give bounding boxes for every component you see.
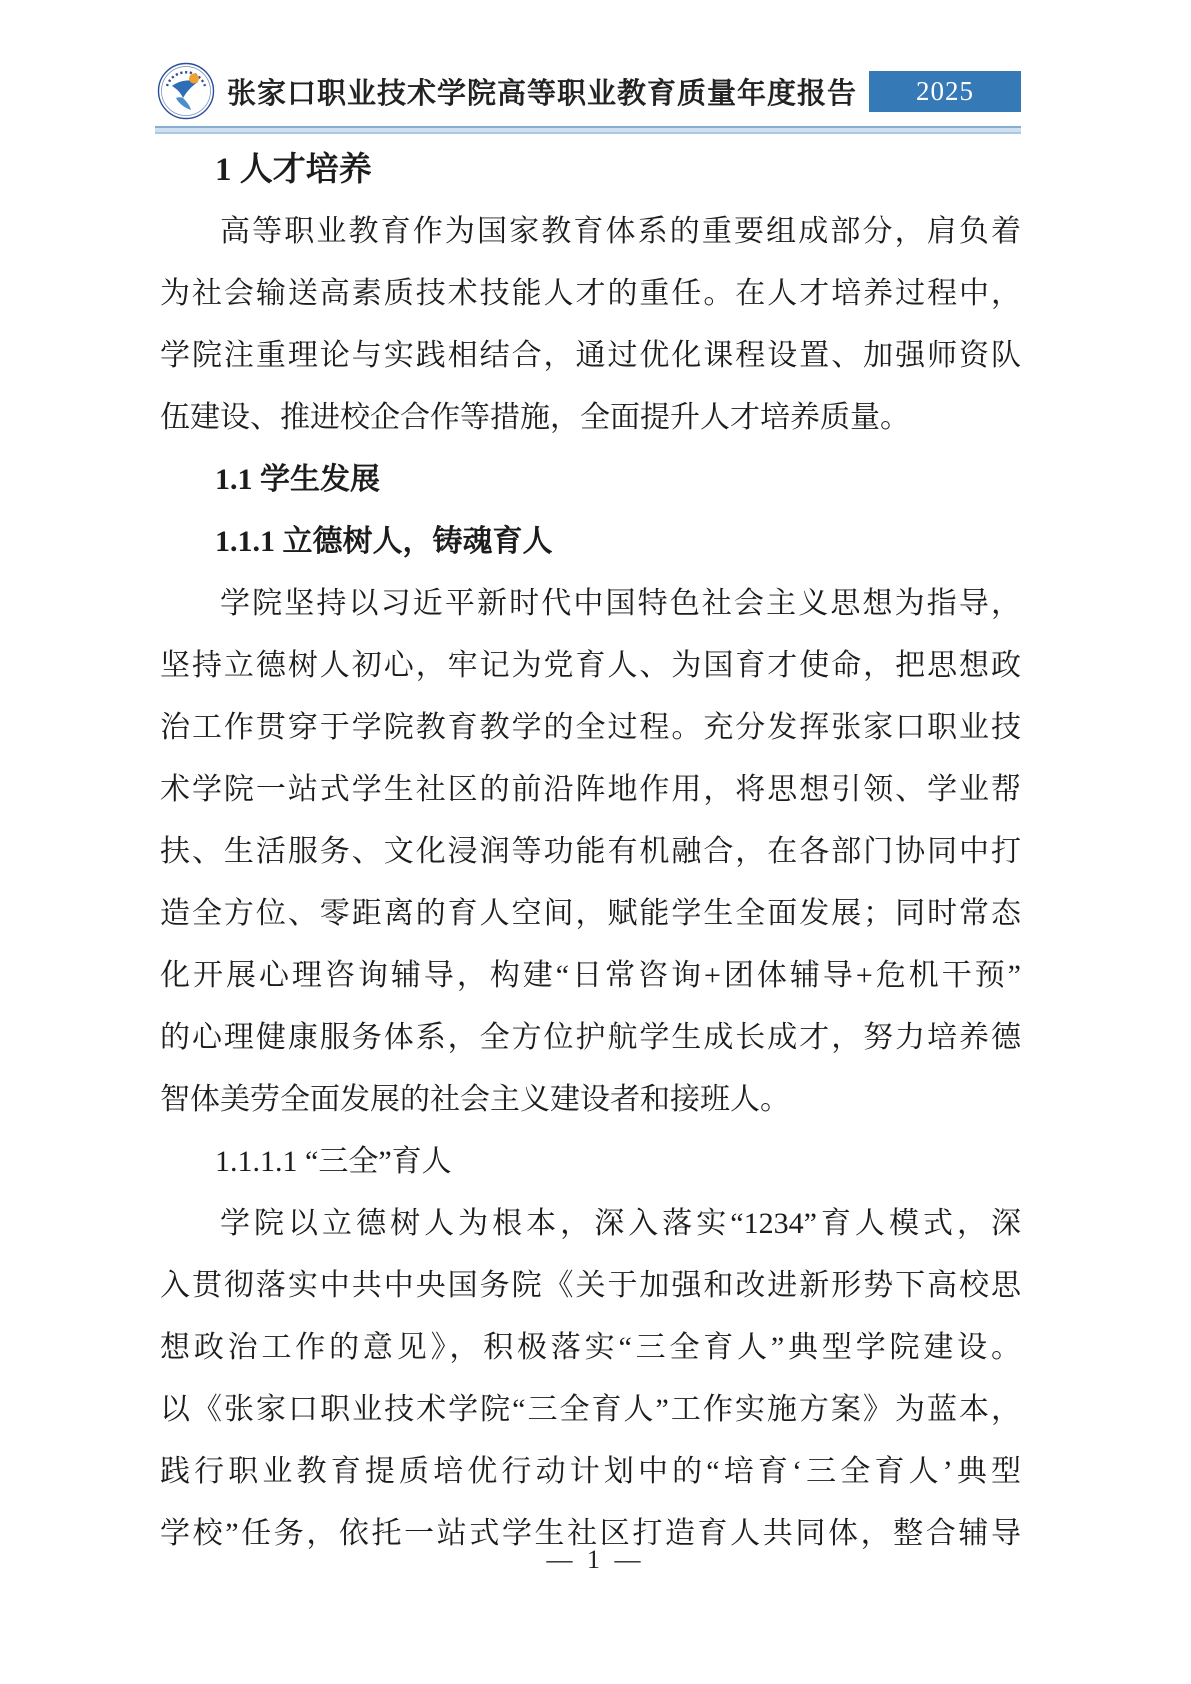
year-badge: 2025 <box>869 71 1021 112</box>
text-line: 学院坚持以习近平新时代中国特色社会主义思想为指导， <box>160 573 1021 635</box>
text-line: 的心理健康服务体系，全方位护航学生成长成才，努力培养德 <box>160 1007 1021 1069</box>
text-line: 以《张家口职业技术学院“三全育人”工作实施方案》为蓝本， <box>160 1379 1021 1441</box>
text-line: 践行职业教育提质培优行动计划中的“培育‘三全育人’典型 <box>160 1441 1021 1503</box>
text-line: 坚持立德树人初心，牢记为党育人、为国育才使命，把思想政 <box>160 635 1021 697</box>
header-divider <box>155 126 1021 134</box>
text-line: 入贯彻落实中共中央国务院《关于加强和改进新形势下高校思 <box>160 1255 1021 1317</box>
text-line: 术学院一站式学生社区的前沿阵地作用，将思想引领、学业帮 <box>160 759 1021 821</box>
text-line: 造全方位、零距离的育人空间，赋能学生全面发展；同时常态 <box>160 883 1021 945</box>
page-header: 张家口职业技术学院高等职业教育质量年度报告 2025 <box>155 62 1021 120</box>
text-line: 伍建设、推进校企合作等措施，全面提升人才培养质量。 <box>160 387 1021 449</box>
college-seal-logo-icon <box>157 62 215 120</box>
section-heading-1: 1 人才培养 <box>160 139 1021 201</box>
document-page: 张家口职业技术学院高等职业教育质量年度报告 2025 1 人才培养 高等职业教育… <box>0 0 1191 1684</box>
text-line: 高等职业教育作为国家教育体系的重要组成部分，肩负着 <box>160 201 1021 263</box>
text-line: 想政治工作的意见》，积极落实“三全育人”典型学院建设。 <box>160 1317 1021 1379</box>
document-body: 1 人才培养 高等职业教育作为国家教育体系的重要组成部分，肩负着 为社会输送高素… <box>160 139 1021 1565</box>
text-line: 学院注重理论与实践相结合，通过优化课程设置、加强师资队 <box>160 325 1021 387</box>
page-number: — 1 — <box>0 1545 1191 1575</box>
text-line: 智体美劳全面发展的社会主义建设者和接班人。 <box>160 1069 1021 1131</box>
text-line: 扶、生活服务、文化浸润等功能有机融合，在各部门协同中打 <box>160 821 1021 883</box>
section-heading-1-1-1: 1.1.1 立德树人，铸魂育人 <box>160 511 1021 573</box>
report-title: 张家口职业技术学院高等职业教育质量年度报告 <box>227 71 857 112</box>
text-line: 为社会输送高素质技术技能人才的重任。在人才培养过程中， <box>160 263 1021 325</box>
section-heading-1-1: 1.1 学生发展 <box>160 449 1021 511</box>
text-line: 化开展心理咨询辅导，构建“日常咨询+团体辅导+危机干预” <box>160 945 1021 1007</box>
section-heading-1-1-1-1: 1.1.1.1 “三全”育人 <box>160 1131 1021 1193</box>
text-line: 治工作贯穿于学院教育教学的全过程。充分发挥张家口职业技 <box>160 697 1021 759</box>
text-line: 学院以立德树人为根本，深入落实“1234”育人模式，深 <box>160 1193 1021 1255</box>
